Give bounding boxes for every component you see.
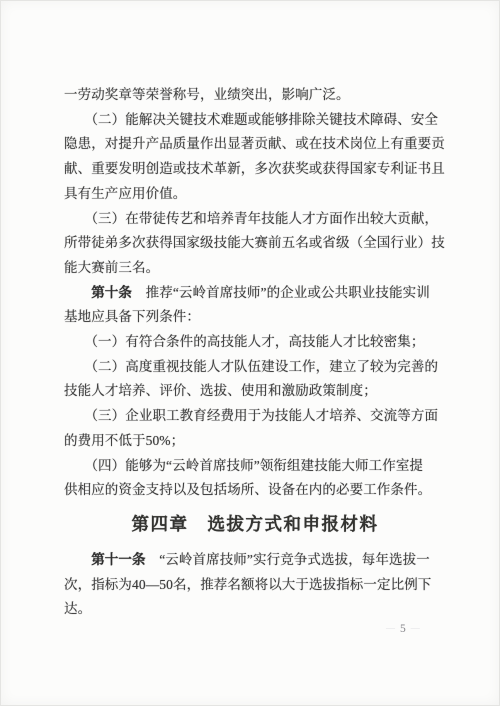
text-line: （一）有符合条件的高技能人才，高技能人才比较密集； <box>64 330 446 355</box>
text-segment <box>64 285 91 300</box>
text-line: 第十条 推荐“云岭首席技师”的企业或公共职业技能实训 <box>64 281 446 306</box>
text-segment: 技能人才培养、评价、选拔、使用和激励政策制度； <box>64 383 377 398</box>
text-segment: （二）高度重视技能人才队伍建设工作，建立了较为完善的 <box>64 359 438 374</box>
text-line: 能大赛前三名。 <box>64 256 446 281</box>
text-segment: 推荐“云岭首席技师”的企业或公共职业技能实训 <box>132 285 430 300</box>
chapter-heading: 第四章 选拔方式和申报材料 <box>64 511 446 537</box>
text-segment: 能大赛前三名。 <box>64 260 159 275</box>
text-line: 一劳动奖章等荣誉称号，业绩突出，影响广泛。 <box>64 83 446 108</box>
article-number-label: 第十条 <box>91 285 132 300</box>
text-segment: （四）能够为“云岭首席技师”领衔组建技能大师工作室提 <box>64 458 423 473</box>
text-segment: 第四章 选拔方式和申报材料 <box>132 514 379 534</box>
article-number-label: 第十一条 <box>91 552 145 567</box>
text-line: 次，指标为40—50名，推荐名额将以大于选拔指标一定比例下 <box>64 573 446 598</box>
text-segment: 供相应的资金支持以及包括场所、设备在内的必要工作条件。 <box>64 482 431 497</box>
page-number: —5— <box>386 623 421 635</box>
text-segment: （二）能解决关键技术难题或能够排除关键技术障碍、安全 <box>64 112 438 127</box>
text-line: 技能人才培养、评价、选拔、使用和激励政策制度； <box>64 379 446 404</box>
text-segment: 达。 <box>64 601 91 616</box>
text-line: （三）企业职工教育经费用于为技能人才培养、交流等方面 <box>64 404 446 429</box>
text-line: （二）高度重视技能人才队伍建设工作，建立了较为完善的 <box>64 355 446 380</box>
text-segment: 具有生产应用价值。 <box>64 186 186 201</box>
text-line: 隐患，对提升产品质量作出显著贡献、或在技术岗位上有重要贡 <box>64 132 446 157</box>
page-number-value: 5 <box>396 623 411 635</box>
text-segment: 的费用不低于50%； <box>64 433 184 448</box>
text-line: （四）能够为“云岭首席技师”领衔组建技能大师工作室提 <box>64 454 446 479</box>
text-segment: 一劳动奖章等荣誉称号，业绩突出，影响广泛。 <box>64 87 350 102</box>
page-number-dash-right: — <box>411 623 421 633</box>
text-line: 具有生产应用价值。 <box>64 182 446 207</box>
text-line: （三）在带徒传艺和培养青年技能人才方面作出较大贡献， <box>64 207 446 232</box>
scanned-document-page: 一劳动奖章等荣誉称号，业绩突出，影响广泛。 （二）能解决关键技术难题或能够排除关… <box>0 0 500 706</box>
text-segment: 隐患，对提升产品质量作出显著贡献、或在技术岗位上有重要贡 <box>64 136 445 151</box>
text-segment: 所带徒弟多次获得国家级技能大赛前五名或省级（全国行业）技 <box>64 235 445 250</box>
text-segment: 基地应具备下列条件： <box>64 309 200 324</box>
text-line: 献、重要发明创造或技术革新，多次获奖或获得国家专利证书且 <box>64 157 446 182</box>
document-body: 一劳动奖章等荣誉称号，业绩突出，影响广泛。 （二）能解决关键技术难题或能够排除关… <box>64 83 446 622</box>
text-line: 第十一条 “云岭首席技师”实行竞争式选拔，每年选拔一 <box>64 548 446 573</box>
page-number-dash-left: — <box>386 623 396 633</box>
text-segment: “云岭首席技师”实行竞争式选拔，每年选拔一 <box>146 552 430 567</box>
text-line: 的费用不低于50%； <box>64 429 446 454</box>
text-line: （二）能解决关键技术难题或能够排除关键技术障碍、安全 <box>64 108 446 133</box>
text-line: 达。 <box>64 597 446 622</box>
text-segment: 次，指标为40—50名，推荐名额将以大于选拔指标一定比例下 <box>64 577 431 592</box>
text-segment: （三）在带徒传艺和培养青年技能人才方面作出较大贡献， <box>64 211 438 226</box>
text-segment: 献、重要发明创造或技术革新，多次获奖或获得国家专利证书且 <box>64 161 445 176</box>
text-segment: （三）企业职工教育经费用于为技能人才培养、交流等方面 <box>64 408 438 423</box>
text-line: 所带徒弟多次获得国家级技能大赛前五名或省级（全国行业）技 <box>64 231 446 256</box>
text-line: 供相应的资金支持以及包括场所、设备在内的必要工作条件。 <box>64 478 446 503</box>
text-segment <box>64 552 91 567</box>
text-line: 基地应具备下列条件： <box>64 305 446 330</box>
text-segment: （一）有符合条件的高技能人才，高技能人才比较密集； <box>64 334 424 349</box>
